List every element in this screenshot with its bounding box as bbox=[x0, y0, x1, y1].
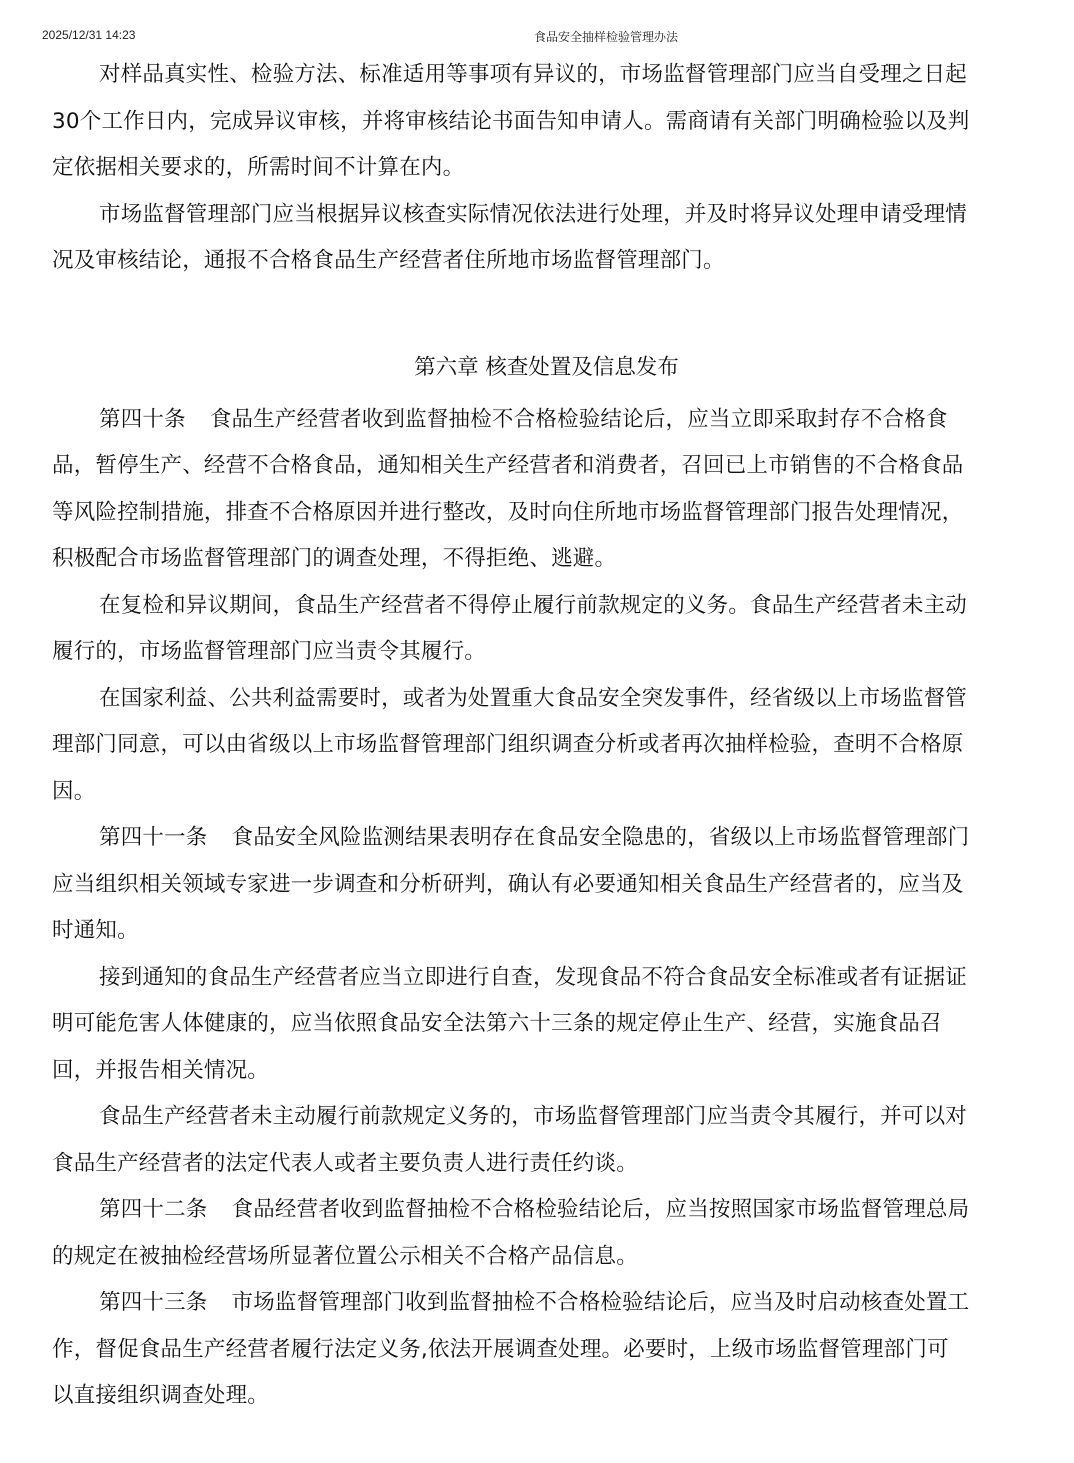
article-text: 市场监督管理部门收到监督抽检不合格检验结论后，应当及时启动核查处置工 bbox=[232, 1290, 970, 1315]
article-text: 食品生产经营者收到监督抽检不合格检验结论后，应当立即采取封存不合格食 bbox=[210, 407, 948, 432]
text-line: 接到通知的食品生产经营者应当立即进行自查，发现食品不符合食品安全标准或者有证据证 bbox=[52, 959, 1027, 1006]
print-header: 2025/12/31 14:23 食品安全抽样检验管理办法 bbox=[0, 28, 1074, 44]
article-text: 食品安全风险监测结果表明存在食品安全隐患的，省级以上市场监督管理部门 bbox=[232, 825, 970, 850]
text-line: 履行的，市场监督管理部门应当责令其履行。 bbox=[52, 633, 1027, 680]
paragraph-national-interest: 在国家利益、公共利益需要时，或者为处置重大食品安全突发事件，经省级以上市场监督管… bbox=[52, 680, 1027, 820]
text-line: 品，暂停生产、经营不合格食品，通知相关生产经营者和消费者，召回已上市销售的不合格… bbox=[52, 447, 1027, 494]
article-41: 第四十一条食品安全风险监测结果表明存在食品安全隐患的，省级以上市场监督管理部门 … bbox=[52, 819, 1027, 959]
paragraph-recheck-obligation: 在复检和异议期间，食品生产经营者不得停止履行前款规定的义务。食品生产经营者未主动… bbox=[52, 587, 1027, 680]
text-line: 市场监督管理部门应当根据异议核查实际情况依法进行处理，并及时将异议处理申请受理情 bbox=[52, 196, 1027, 243]
text-line: 第四十二条食品经营者收到监督抽检不合格检验结论后，应当按照国家市场监督管理总局 bbox=[52, 1191, 1027, 1238]
text-line: 因。 bbox=[52, 773, 1027, 820]
text-line: 定依据相关要求的，所需时间不计算在内。 bbox=[52, 149, 1027, 196]
text-line: 以直接组织调查处理。 bbox=[52, 1377, 1027, 1424]
text-line: 的规定在被抽检经营场所显著位置公示相关不合格产品信息。 bbox=[52, 1238, 1027, 1285]
text-line: 30个工作日内，完成异议审核，并将审核结论书面告知申请人。需商请有关部门明确检验… bbox=[52, 103, 1027, 150]
article-42: 第四十二条食品经营者收到监督抽检不合格检验结论后，应当按照国家市场监督管理总局 … bbox=[52, 1191, 1027, 1284]
article-number: 第四十条 bbox=[99, 407, 186, 432]
paragraph-responsibility-interview: 食品生产经营者未主动履行前款规定义务的，市场监督管理部门应当责令其履行，并可以对… bbox=[52, 1098, 1027, 1191]
article-43: 第四十三条市场监督管理部门收到监督抽检不合格检验结论后，应当及时启动核查处置工 … bbox=[52, 1284, 1027, 1424]
text-line: 食品生产经营者未主动履行前款规定义务的，市场监督管理部门应当责令其履行，并可以对 bbox=[52, 1098, 1027, 1145]
document-body: 对样品真实性、检验方法、标准适用等事项有异议的，市场监督管理部门应当自受理之日起… bbox=[52, 56, 1027, 1424]
paragraph-self-inspection: 接到通知的食品生产经营者应当立即进行自查，发现食品不符合食品安全标准或者有证据证… bbox=[52, 959, 1027, 1099]
text-line: 第四十一条食品安全风险监测结果表明存在食品安全隐患的，省级以上市场监督管理部门 bbox=[52, 819, 1027, 866]
text-line: 食品生产经营者的法定代表人或者主要负责人进行责任约谈。 bbox=[52, 1145, 1027, 1192]
text-line: 对样品真实性、检验方法、标准适用等事项有异议的，市场监督管理部门应当自受理之日起 bbox=[52, 56, 1027, 103]
paragraph-objection-handling: 市场监督管理部门应当根据异议核查实际情况依法进行处理，并及时将异议处理申请受理情… bbox=[52, 196, 1027, 289]
article-text: 食品经营者收到监督抽检不合格检验结论后，应当按照国家市场监督管理总局 bbox=[232, 1197, 970, 1222]
text-line: 应当组织相关领域专家进一步调查和分析研判，确认有必要通知相关食品生产经营者的，应… bbox=[52, 866, 1027, 913]
article-40: 第四十条食品生产经营者收到监督抽检不合格检验结论后，应当立即采取封存不合格食 品… bbox=[52, 401, 1027, 587]
text-line: 明可能危害人体健康的，应当依照食品安全法第六十三条的规定停止生产、经营，实施食品… bbox=[52, 1005, 1027, 1052]
text-line: 时通知。 bbox=[52, 912, 1027, 959]
chapter-heading: 第六章 核查处置及信息发布 bbox=[52, 345, 1027, 391]
print-timestamp: 2025/12/31 14:23 bbox=[42, 28, 135, 42]
text-line: 回，并报告相关情况。 bbox=[52, 1052, 1027, 1099]
article-number: 第四十一条 bbox=[99, 825, 208, 850]
text-line: 理部门同意，可以由省级以上市场监督管理部门组织调查分析或者再次抽样检验，查明不合… bbox=[52, 726, 1027, 773]
article-number: 第四十二条 bbox=[99, 1197, 208, 1222]
text-line: 积极配合市场监督管理部门的调查处理，不得拒绝、逃避。 bbox=[52, 540, 1027, 587]
paragraph-objection-review: 对样品真实性、检验方法、标准适用等事项有异议的，市场监督管理部门应当自受理之日起… bbox=[52, 56, 1027, 196]
document-title: 食品安全抽样检验管理办法 bbox=[534, 28, 678, 45]
text-line: 况及审核结论，通报不合格食品生产经营者住所地市场监督管理部门。 bbox=[52, 242, 1027, 289]
text-line: 在复检和异议期间，食品生产经营者不得停止履行前款规定的义务。食品生产经营者未主动 bbox=[52, 587, 1027, 634]
text-line: 在国家利益、公共利益需要时，或者为处置重大食品安全突发事件，经省级以上市场监督管 bbox=[52, 680, 1027, 727]
text-line: 第四十三条市场监督管理部门收到监督抽检不合格检验结论后，应当及时启动核查处置工 bbox=[52, 1284, 1027, 1331]
article-number: 第四十三条 bbox=[99, 1290, 208, 1315]
text-line: 等风险控制措施，排查不合格原因并进行整改，及时向住所地市场监督管理部门报告处理情… bbox=[52, 494, 1027, 541]
text-line: 作，督促食品生产经营者履行法定义务,依法开展调查处理。必要时，上级市场监督管理部… bbox=[52, 1331, 1027, 1378]
text-line: 第四十条食品生产经营者收到监督抽检不合格检验结论后，应当立即采取封存不合格食 bbox=[52, 401, 1027, 448]
